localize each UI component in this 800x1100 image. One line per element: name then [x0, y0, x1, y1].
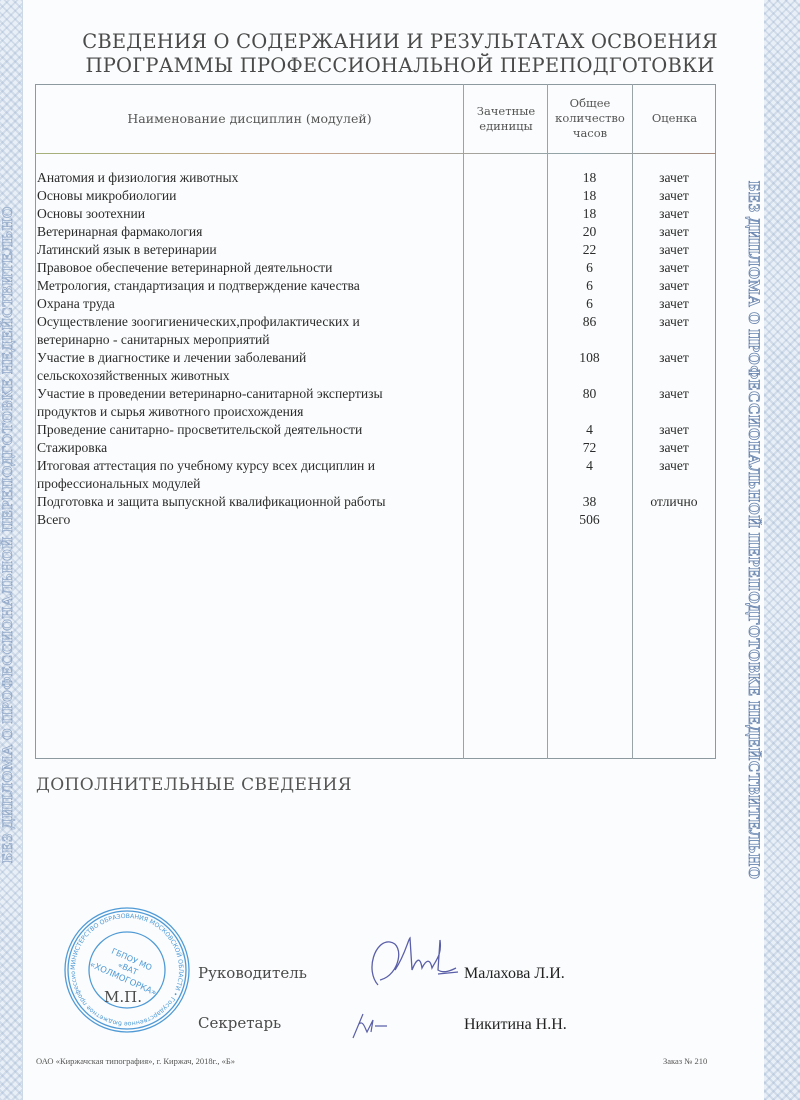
discipline-name: Всего [37, 511, 463, 529]
discipline-name: Стажировка [37, 439, 463, 457]
header-hours: Общее количество часов [554, 84, 626, 153]
grade-value: зачет [632, 277, 716, 295]
hours-value: 6 [547, 295, 632, 313]
grade-value: зачет [632, 385, 716, 403]
hours-value: 108 [547, 349, 632, 367]
table-row: Всего506 [37, 511, 716, 529]
hours-value: 80 [547, 385, 632, 403]
border-line [22, 0, 23, 1100]
grade-value: зачет [632, 169, 716, 187]
head-label: Руководитель [198, 964, 307, 982]
hours-value: 506 [547, 511, 632, 529]
page-title: СВЕДЕНИЯ О СОДЕРЖАНИИ И РЕЗУЛЬТАТАХ ОСВО… [0, 30, 800, 78]
table-row: Метрология, стандартизация и подтвержден… [37, 277, 716, 295]
table-row: Правовое обеспечение ветеринарной деятел… [37, 259, 716, 277]
credits-value [463, 223, 547, 241]
security-text-right: БЕЗ ДИПЛОМА О ПРОФЕССИОНАЛЬНОЙ ПЕРЕПОДГО… [740, 160, 762, 900]
grade-value: отлично [632, 493, 716, 511]
credits-value [463, 169, 547, 187]
credits-value [463, 511, 547, 529]
secretary-name: Никитина Н.Н. [464, 1016, 567, 1034]
table-row: Осуществление зоогигиенических,профилакт… [37, 313, 716, 349]
official-stamp: МИНИСТЕРСТВО ОБРАЗОВАНИЯ МОСКОВСКОЙ ОБЛА… [62, 905, 192, 1035]
hours-value: 18 [547, 205, 632, 223]
seal-label: М.П. [104, 988, 142, 1006]
head-signature [360, 930, 480, 990]
credits-value [463, 277, 547, 295]
table-body: Анатомия и физиология животных18зачетОсн… [37, 169, 716, 529]
header-name: Наименование дисциплин (модулей) [36, 84, 463, 153]
table-row: Подготовка и защита выпускной квалификац… [37, 493, 716, 511]
discipline-name: Ветеринарная фармакология [37, 223, 463, 241]
order-number: Заказ № 210 [663, 1056, 707, 1066]
table-row: Участие в диагностике и лечении заболева… [37, 349, 716, 385]
discipline-name: Итоговая аттестация по учебному курсу вс… [37, 457, 463, 493]
discipline-name: Участие в диагностике и лечении заболева… [37, 349, 463, 385]
credits-value [463, 493, 547, 511]
discipline-name: Латинский язык в ветеринарии [37, 241, 463, 259]
hours-value: 18 [547, 169, 632, 187]
hours-value: 6 [547, 277, 632, 295]
table-row: Стажировка72зачет [37, 439, 716, 457]
head-name: Малахова Л.И. [464, 965, 565, 983]
security-text-left: БЕЗ ДИПЛОМА О ПРОФЕССИОНАЛЬНОЙ ПЕРЕПОДГО… [0, 170, 22, 900]
hours-value: 22 [547, 241, 632, 259]
discipline-name: Проведение санитарно- просветительской д… [37, 421, 463, 439]
grade-value: зачет [632, 223, 716, 241]
grade-value: зачет [632, 295, 716, 313]
additional-info-title: ДОПОЛНИТЕЛЬНЫЕ СВЕДЕНИЯ [36, 775, 352, 795]
security-border-right [764, 0, 800, 1100]
table-row: Анатомия и физиология животных18зачет [37, 169, 716, 187]
discipline-name: Основы зоотехнии [37, 205, 463, 223]
discipline-name: Анатомия и физиология животных [37, 169, 463, 187]
hours-value: 4 [547, 421, 632, 439]
secretary-label: Секретарь [198, 1014, 281, 1032]
credits-value [463, 205, 547, 223]
credits-value [463, 421, 547, 439]
grade-value: зачет [632, 439, 716, 457]
hours-value: 86 [547, 313, 632, 331]
title-line-1: СВЕДЕНИЯ О СОДЕРЖАНИИ И РЕЗУЛЬТАТАХ ОСВО… [0, 30, 800, 54]
header-divider [35, 153, 716, 154]
secretary-signature [345, 1010, 405, 1040]
header-grade: Оценка [633, 84, 716, 153]
hours-value: 18 [547, 187, 632, 205]
table-row: Проведение санитарно- просветительской д… [37, 421, 716, 439]
table-row: Латинский язык в ветеринарии22зачет [37, 241, 716, 259]
table-row: Основы зоотехнии18зачет [37, 205, 716, 223]
printer-info: ОАО «Киржачская типография», г. Киржач, … [36, 1056, 235, 1066]
hours-value: 72 [547, 439, 632, 457]
table-row: Охрана труда6зачет [37, 295, 716, 313]
table-row: Участие в проведении ветеринарно-санитар… [37, 385, 716, 421]
grade-value: зачет [632, 241, 716, 259]
credits-value [463, 439, 547, 457]
credits-value [463, 349, 547, 385]
grade-value: зачет [632, 421, 716, 439]
grade-value: зачет [632, 187, 716, 205]
discipline-name: Осуществление зоогигиенических,профилакт… [37, 313, 463, 349]
credits-value [463, 259, 547, 277]
credits-value [463, 457, 547, 493]
hours-value: 38 [547, 493, 632, 511]
table-row: Основы микробиологии18зачет [37, 187, 716, 205]
header-credits: Зачетные единицы [470, 84, 542, 153]
hours-value: 6 [547, 259, 632, 277]
discipline-name: Метрология, стандартизация и подтвержден… [37, 277, 463, 295]
hours-value: 20 [547, 223, 632, 241]
credits-value [463, 187, 547, 205]
grade-value: зачет [632, 457, 716, 475]
discipline-name: Основы микробиологии [37, 187, 463, 205]
hours-value: 4 [547, 457, 632, 475]
grade-value: зачет [632, 205, 716, 223]
title-line-2: ПРОГРАММЫ ПРОФЕССИОНАЛЬНОЙ ПЕРЕПОДГОТОВК… [0, 54, 800, 78]
table-row: Итоговая аттестация по учебному курсу вс… [37, 457, 716, 493]
discipline-name: Подготовка и защита выпускной квалификац… [37, 493, 463, 511]
discipline-name: Правовое обеспечение ветеринарной деятел… [37, 259, 463, 277]
credits-value [463, 313, 547, 349]
credits-value [463, 241, 547, 259]
credits-value [463, 385, 547, 421]
credits-value [463, 295, 547, 313]
grade-value: зачет [632, 313, 716, 331]
grade-value: зачет [632, 259, 716, 277]
discipline-name: Охрана труда [37, 295, 463, 313]
grade-value: зачет [632, 349, 716, 367]
table-row: Ветеринарная фармакология20зачет [37, 223, 716, 241]
discipline-name: Участие в проведении ветеринарно-санитар… [37, 385, 463, 421]
